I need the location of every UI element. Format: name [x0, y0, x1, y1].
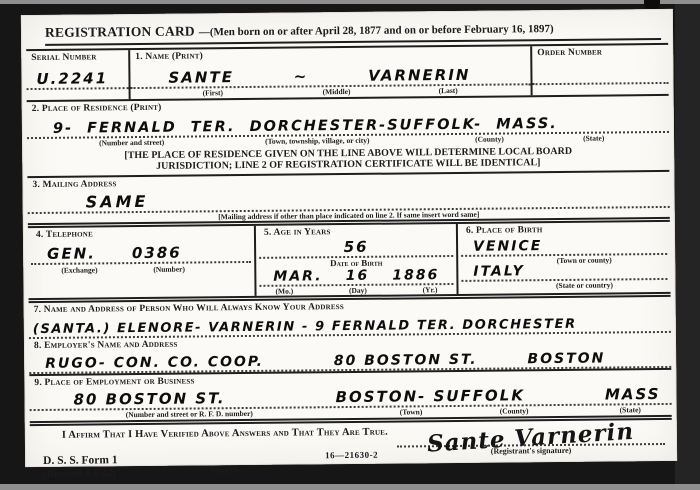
dob-month-value: MAR. — [273, 268, 322, 284]
dob-sublabel-year: (Yr.) — [423, 285, 438, 294]
employer-street-value: 80 BOSTON ST. — [334, 352, 478, 369]
serial-number-box: Serial Number U.2241 — [26, 50, 128, 100]
name-middle-value: ∼ — [294, 67, 309, 85]
employer-name-value: RUGO- CON. CO. COOP. — [45, 354, 264, 372]
mailing-value: SAME — [86, 192, 149, 212]
serial-number-label: Serial Number — [26, 50, 128, 64]
residence-value: 9- FERNALD TER. DORCHESTER-SUFFOLK- MASS… — [53, 116, 558, 137]
employment-sublabel-street: (Number and street or R. F. D. number) — [126, 409, 253, 419]
telephone-sublabels: (Exchange) (Number) — [31, 263, 251, 295]
employment-town-value: BOSTON- SUFFOLK — [335, 386, 525, 406]
residence-sublabel-town: (Town, township, village, or city) — [265, 136, 369, 146]
birthplace-town-value: VENICE — [473, 238, 542, 255]
age-value: 56 — [344, 238, 369, 256]
age-box: 5. Age in Years 56 Date of Birth MAR. 16… — [254, 224, 457, 296]
contact-section: 7. Name and Address of Person Who Will A… — [29, 297, 671, 339]
birthplace-town-line: VENICE — [461, 235, 667, 257]
name-sublabel-first: (First) — [203, 88, 223, 97]
age-line: 56 — [259, 237, 453, 259]
name-line: SANTE ∼ VARNERIN — [130, 59, 530, 89]
birthplace-country-value: ITALY — [473, 263, 525, 279]
birthplace-box: 6. Place of Birth VENICE (Town or county… — [456, 222, 671, 294]
row-telephone-age-birth: 4. Telephone GEN. 0386 (Exchange) (Numbe… — [28, 222, 671, 303]
telephone-exchange-value: GEN. — [47, 244, 96, 262]
name-first-value: SANTE — [168, 68, 234, 87]
name-box: 1. Name (Print) SANTE ∼ VARNERIN (First)… — [128, 46, 530, 99]
registration-card: REGISTRATION CARD —(Men born on or after… — [21, 9, 677, 467]
order-number-box: Order Number — [530, 45, 668, 95]
card-form: Serial Number U.2241 1. Name (Print) SAN… — [26, 43, 672, 490]
order-number-line — [532, 58, 668, 85]
employment-sublabel-county: (County) — [500, 406, 529, 415]
birthplace-country-line: ITALY — [461, 264, 667, 282]
card-title: REGISTRATION CARD —(Men born on or after… — [45, 18, 661, 46]
residence-sublabel-county: (County) — [475, 135, 504, 144]
birthplace-country-sublabel: (State or country) — [461, 280, 667, 291]
employment-section: 9. Place of Employment or Business 80 BO… — [29, 370, 671, 426]
card-title-main: REGISTRATION CARD — [45, 23, 195, 39]
form-identifier: D. S. S. Form 1 (Revised 4-1-42) — [43, 454, 118, 481]
dob-sublabel-day: (Day) — [349, 286, 367, 295]
dob-line: MAR. 16 1886 — [259, 268, 453, 287]
employment-state-value: MASS — [605, 385, 661, 404]
name-sublabel-last: (Last) — [439, 86, 458, 95]
residence-sublabel-state: (State) — [583, 134, 604, 143]
scanner-background-edge — [675, 4, 700, 484]
scan-artifact — [644, 0, 660, 9]
telephone-box: 4. Telephone GEN. 0386 (Exchange) (Numbe… — [28, 226, 255, 298]
telephone-sublabel-exchange: (Exchange) — [61, 265, 97, 274]
telephone-number-value: 0386 — [132, 244, 182, 262]
residence-section: 2. Place of Residence (Print) 9- FERNALD… — [27, 96, 670, 178]
signature-block: Sante Varnerin (Registrant's signature) — [397, 423, 665, 457]
serial-number-value: U.2241 — [36, 69, 108, 88]
dob-sublabel-month: (Mo.) — [275, 287, 293, 296]
employer-city-value: BOSTON — [527, 351, 605, 368]
card-footer: D. S. S. Form 1 (Revised 4-1-42) (over) … — [35, 435, 667, 490]
employer-section: 8. Employer's Name and Address RUGO- CON… — [29, 333, 671, 376]
order-number-label: Order Number — [532, 45, 668, 59]
employment-sublabel-state: (State) — [620, 405, 641, 414]
telephone-sublabel-number: (Number) — [153, 265, 185, 274]
residence-sublabel-street: (Number and street) — [99, 138, 164, 148]
serial-number-line: U.2241 — [26, 63, 128, 90]
employment-sublabel-town: (Town) — [400, 407, 423, 416]
employment-street-value: 80 BOSTON ST. — [73, 389, 225, 408]
telephone-line: GEN. 0386 — [31, 239, 251, 265]
name-last-value: VARNERIN — [368, 66, 470, 85]
mailing-section: 3. Mailing Address SAME [Mailing address… — [27, 172, 669, 228]
over-note: (over) — [211, 465, 238, 476]
form-name: D. S. S. Form 1 — [43, 454, 118, 468]
row-serial-name-order: Serial Number U.2241 1. Name (Print) SAN… — [26, 45, 668, 102]
name-sublabel-middle: (Middle) — [323, 87, 351, 96]
dob-day-value: 16 — [346, 268, 370, 284]
dob-sublabels: (Mo.) (Day) (Yr.) — [259, 285, 453, 296]
form-revision: (Revised 4-1-42) — [43, 467, 118, 481]
card-title-note: —(Men born on or after April 28, 1877 an… — [199, 23, 554, 38]
dob-year-value: 1886 — [392, 267, 439, 283]
print-code: 16—21630-2 — [325, 450, 378, 461]
